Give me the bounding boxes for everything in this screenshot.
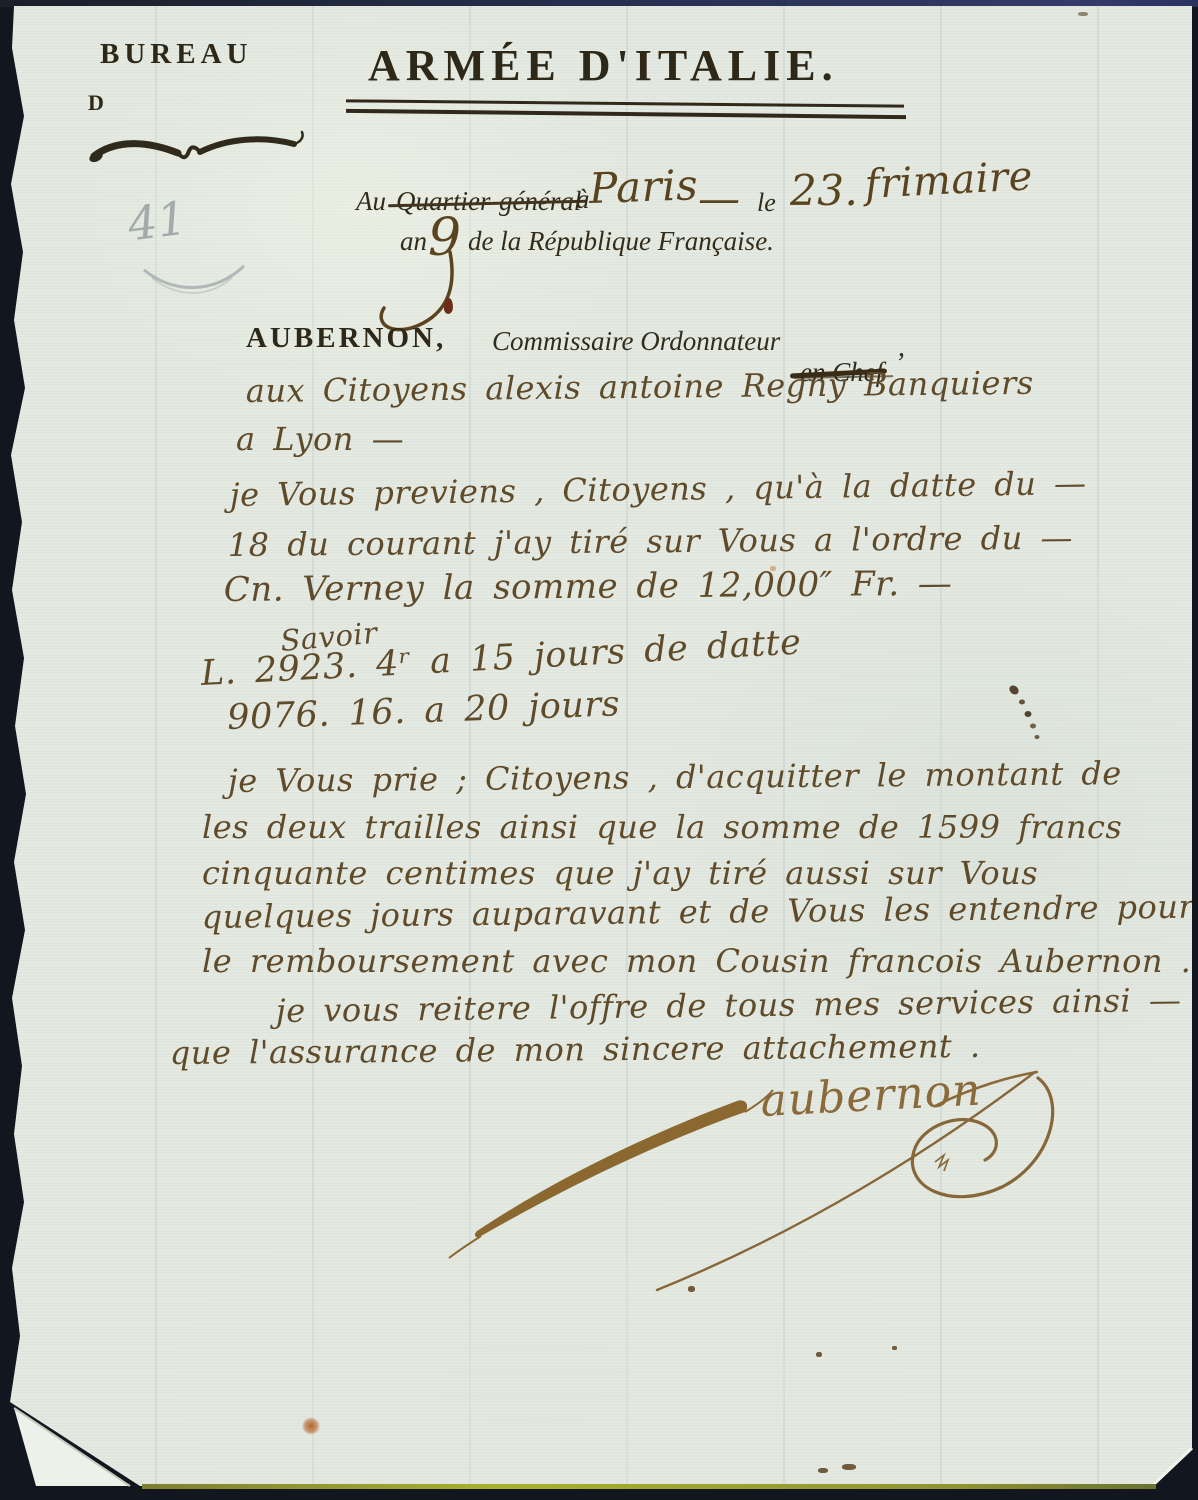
stain-spot: [302, 1418, 320, 1434]
body-line: je vous reitere l'offre de tous mes serv…: [276, 981, 1182, 1030]
body-line: quelques jours auparavant et de Vous les…: [202, 888, 1195, 936]
scan-edge-top: [0, 0, 1198, 7]
ink-speck: [1078, 12, 1088, 16]
recipient-line: aux Citoyens alexis antoine Regny Banqui…: [246, 364, 1034, 410]
recipient-line: a Lyon —: [236, 420, 404, 458]
body-line: les deux trailles ainsi que la somme de …: [202, 808, 1122, 846]
ink-speck: [816, 1352, 822, 1357]
handwritten-month: frimaire: [864, 153, 1034, 208]
printed-republic: de la République Française.: [468, 226, 774, 257]
body-line: 18 du courant j'ay tiré sur Vous a l'ord…: [228, 519, 1073, 564]
handwritten-day: 23.: [790, 166, 858, 215]
folded-corner-bottom-right: [1140, 1435, 1198, 1500]
scanned-letter: BUREAU D ARMÉE D'ITALIE. 41 Au Quartier-…: [0, 0, 1198, 1500]
bureau-label: BUREAU: [100, 38, 252, 71]
ink-speck: [818, 1468, 828, 1473]
title-rule-bottom: [346, 109, 906, 119]
printed-le: le: [757, 188, 776, 218]
ink-speck: [842, 1464, 856, 1470]
ink-speck: [688, 1286, 695, 1292]
ink-speck: [892, 1346, 897, 1350]
sender-comma: ,: [898, 332, 905, 364]
army-title: ARMÉE D'ITALIE.: [368, 40, 839, 91]
pencil-number: 41: [125, 191, 190, 252]
dateline-dash: —: [698, 174, 741, 223]
sender-name: AUBERNON,: [246, 322, 446, 355]
title-rule-top: [346, 99, 904, 108]
struck-quartier-general: Quartier-général: [396, 186, 581, 216]
body-line: le remboursement avec mon Cousin francoi…: [202, 942, 1191, 980]
amount-line: 9076. 16. a 20 jours: [227, 684, 621, 738]
ink-smudge: [1000, 680, 1060, 750]
body-line: cinquante centimes que j'ay tiré aussi s…: [202, 854, 1038, 892]
printed-au: Au: [356, 186, 386, 217]
pencil-swoosh: [132, 252, 262, 312]
body-line: je Vous previens , Citoyens , qu'à la da…: [229, 464, 1086, 514]
body-line: je Vous prie ; Citoyens , d'acquitter le…: [228, 754, 1122, 800]
folded-corner-bottom-left: [0, 1395, 150, 1500]
ink-speck: [770, 566, 776, 571]
letter-paper: BUREAU D ARMÉE D'ITALIE. 41 Au Quartier-…: [0, 0, 1198, 1500]
printed-a: à: [576, 184, 590, 215]
signature-flourish: [415, 1040, 1105, 1310]
sender-role: Commissaire Ordonnateur: [492, 326, 780, 357]
handwritten-city: Paris: [588, 160, 699, 213]
scan-edge-bottom-line: [142, 1484, 1156, 1489]
bureau-letter: D: [88, 90, 106, 116]
body-line: Cn. Verney la somme de 12,000″ Fr. —: [224, 564, 953, 610]
bureau-brace-ornament: [88, 126, 313, 178]
